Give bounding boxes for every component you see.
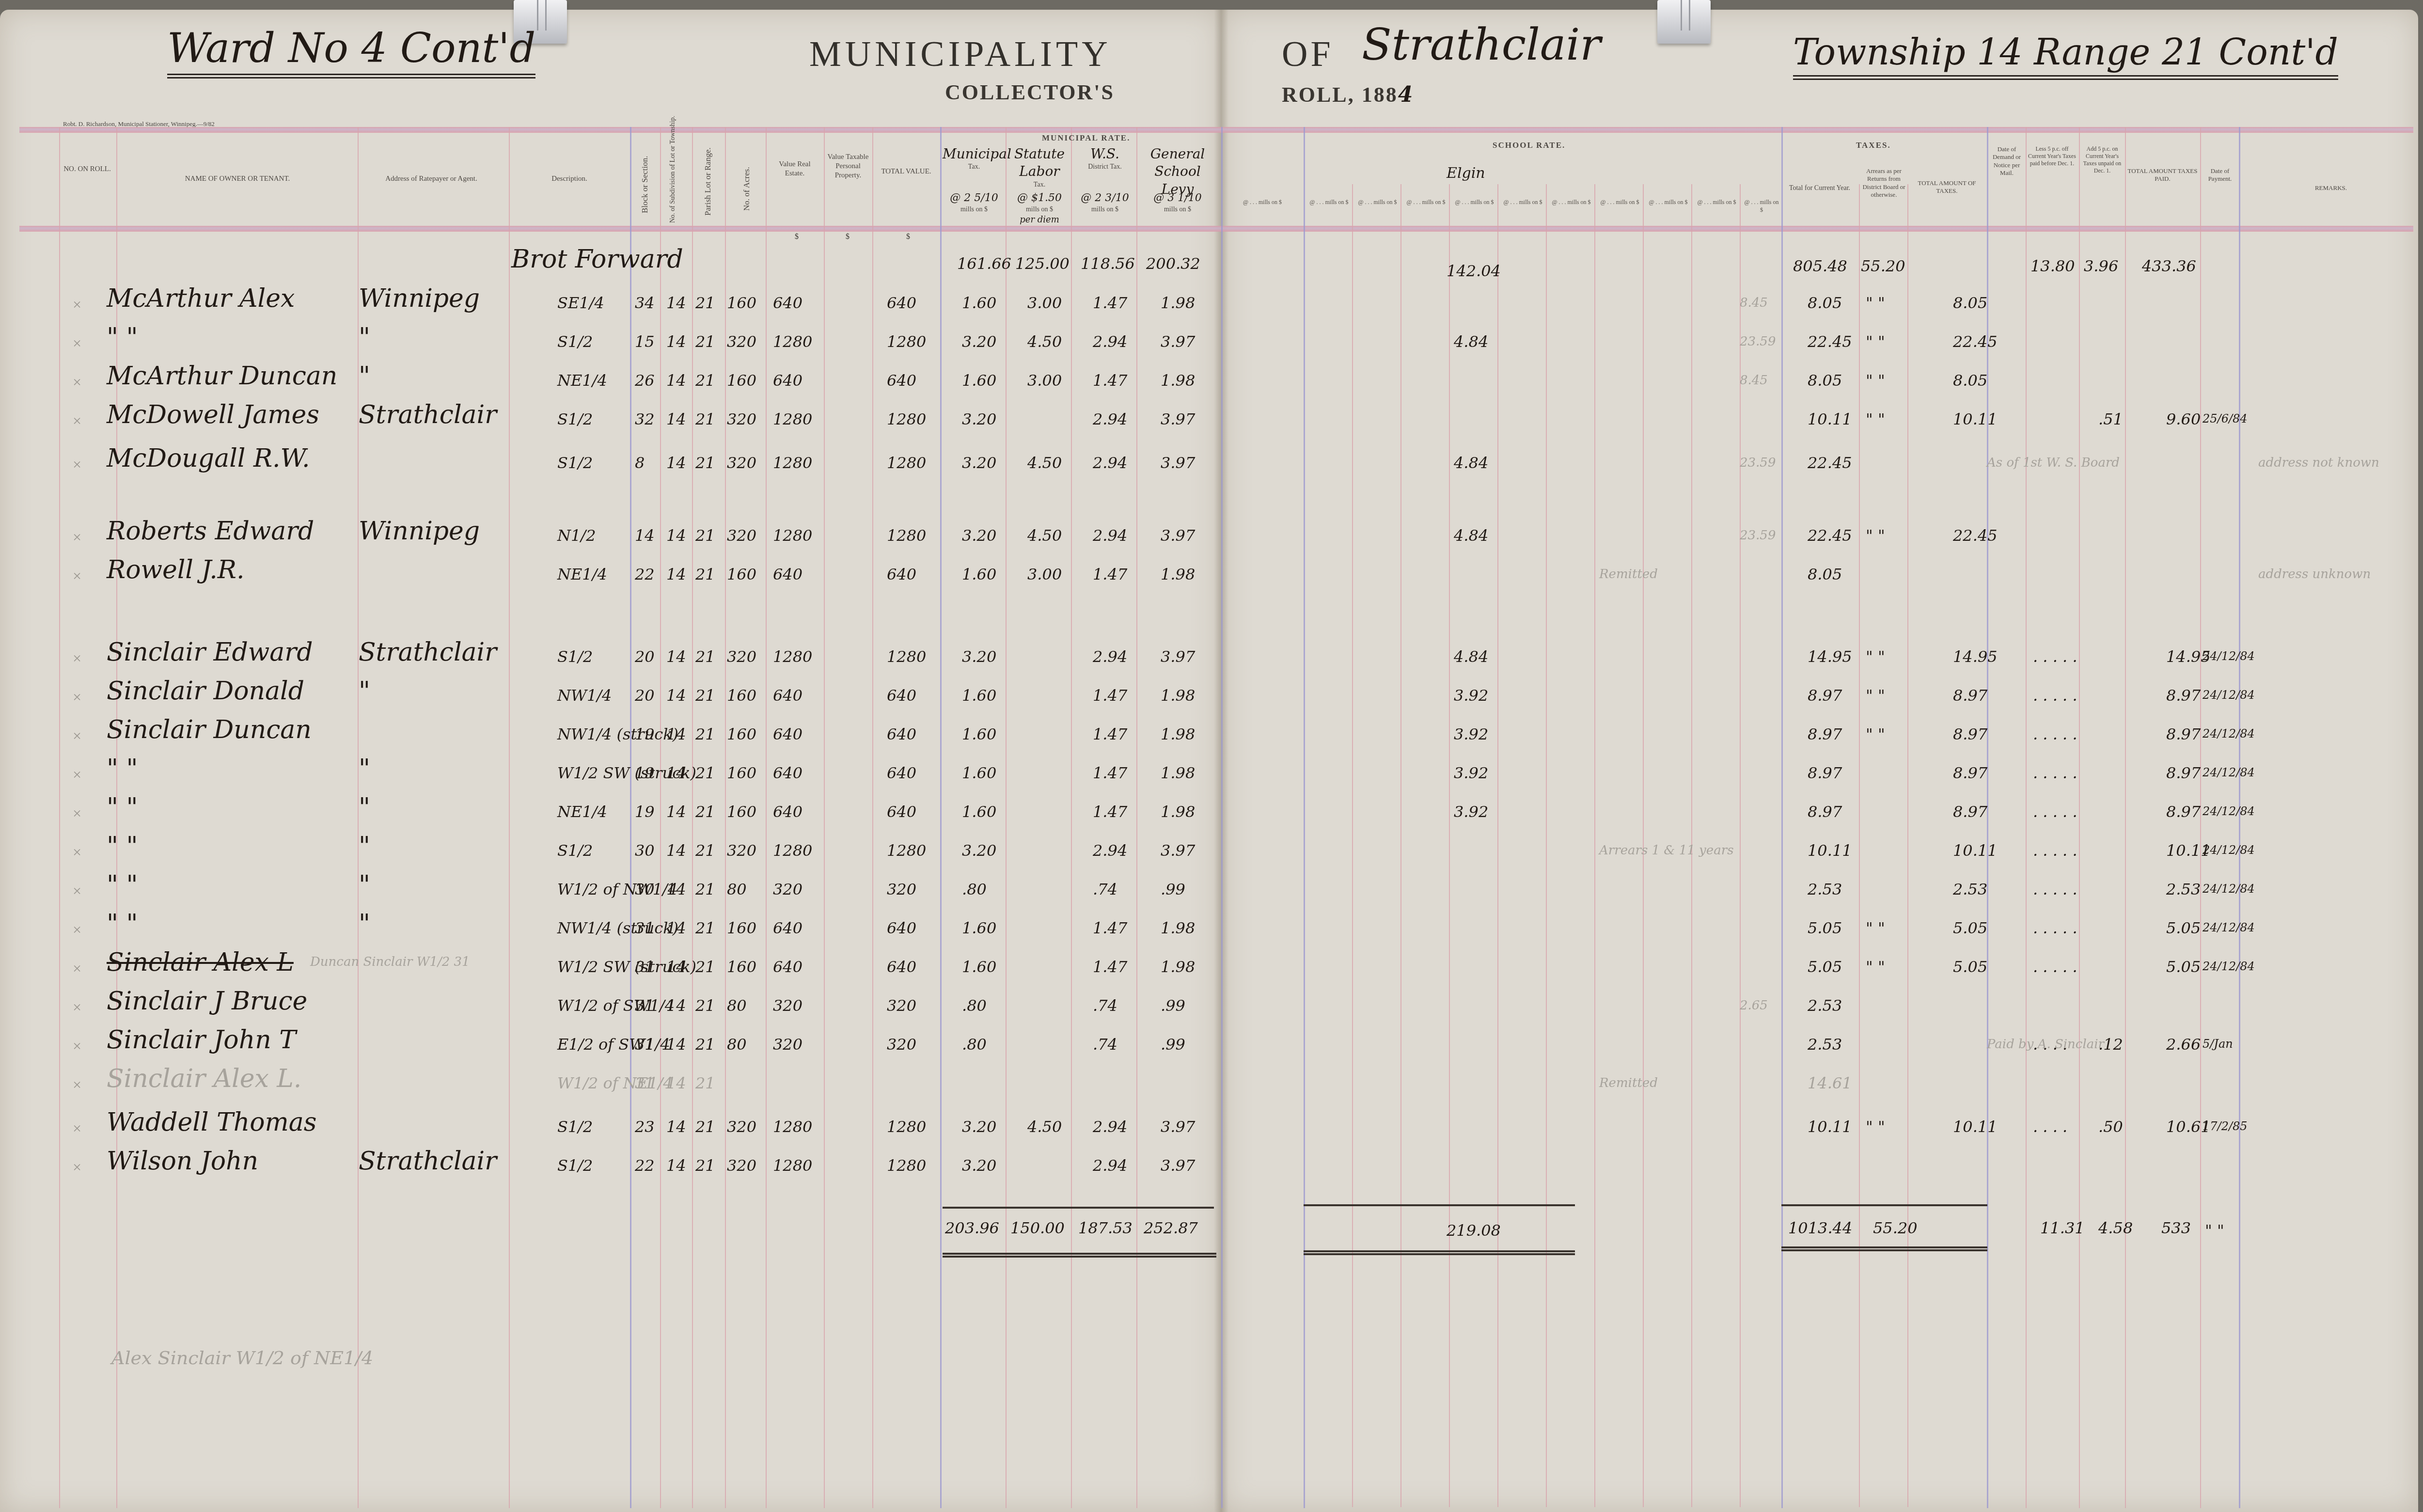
check-mark-icon: × (73, 334, 81, 352)
cell-arrears: " " (1866, 958, 1885, 976)
header-top-rule (19, 127, 2413, 133)
cell-arrears: " " (1866, 526, 1885, 545)
cell-school-levy: 1.98 (1161, 294, 1195, 312)
cell-range: 21 (695, 764, 715, 782)
cell-section: 14 (635, 526, 655, 545)
cell-total-paid: 5.05 (2166, 919, 2201, 937)
cell-address: Strathclair (359, 638, 497, 667)
cell-total-value: 1280 (887, 410, 926, 428)
cell-section: 31 (635, 919, 655, 937)
cell-twp: 14 (666, 725, 686, 743)
cell-district: 2.94 (1093, 454, 1127, 472)
cell-statute: 4.50 (1027, 454, 1062, 472)
cell-section: 31 (635, 1035, 655, 1054)
cell-total-amount: 10.11 (1953, 1118, 1998, 1136)
cell-twp: 14 (666, 1156, 686, 1175)
check-mark-icon: × (73, 373, 81, 391)
cell-total-current: 22.45 (1808, 454, 1852, 472)
cell-remarks: address not known (2258, 456, 2379, 470)
cell-name: " " (107, 870, 138, 899)
cell-total-value: 640 (887, 565, 916, 583)
cell-pencil-note: Paid by A. Sinclair (1987, 1037, 2104, 1052)
rate-col-label: General School Levy (1139, 145, 1216, 198)
cell-range: 21 (695, 526, 715, 545)
cell-total-value: 640 (887, 686, 916, 705)
col-total-amount: Total Amount of Taxes. (1909, 179, 1984, 195)
cell-twp: 14 (666, 410, 686, 428)
cell-school-rate: 3.92 (1454, 725, 1488, 743)
cell-twp: 14 (666, 294, 686, 312)
cell-value-real: 1280 (773, 1156, 812, 1175)
cell-arrears: " " (1866, 410, 1885, 428)
cell-value-real: 640 (773, 294, 802, 312)
cell-district: 1.47 (1093, 294, 1127, 312)
cell-twp: 14 (666, 764, 686, 782)
cell-school-levy: 1.98 (1161, 919, 1195, 937)
cell-total-amount: 8.97 (1953, 686, 1987, 705)
cell-arrears: " " (1866, 686, 1885, 705)
cell-total-paid: 8.97 (2166, 764, 2201, 782)
cell-range: 21 (695, 880, 715, 898)
cell-value-real: 1280 (773, 410, 812, 428)
municipal-rate-group: MUNICIPAL RATE. (1042, 133, 1130, 143)
cell-value-real: 320 (773, 996, 802, 1015)
cell-school-levy: 1.98 (1161, 565, 1195, 583)
cell-desc: S1/2 (557, 332, 593, 351)
check-mark-icon: × (73, 921, 81, 939)
cell-total-current: 8.05 (1808, 294, 1842, 312)
cell-twp: 14 (666, 1074, 686, 1092)
cell-school-levy: .99 (1161, 1035, 1185, 1054)
cell-name: " " (107, 909, 138, 938)
cell-section: 22 (635, 565, 655, 583)
cell-desc: SE1/4 (557, 294, 604, 312)
cell-value-real: 320 (773, 1035, 802, 1054)
cell-mun-tax: 1.60 (962, 958, 996, 976)
col-acres: No. of Acres. (741, 167, 752, 211)
col-subdivision: No. of Subdivision of Lot or Township. (669, 116, 677, 223)
cell-faint-left: 23.59 (1740, 528, 1776, 543)
cell-desc: NW1/4 (struck) (557, 919, 678, 937)
rate-col-label: Municipal (943, 145, 1006, 163)
check-mark-icon: × (73, 766, 81, 784)
cell-school-levy: 3.97 (1161, 841, 1195, 860)
cell-arrears: " " (1866, 919, 1885, 937)
cell-total-current: 8.97 (1808, 686, 1842, 705)
cell-name: Rowell J.R. (107, 555, 245, 584)
check-mark-icon: × (73, 1119, 81, 1137)
cell-value-real: 640 (773, 764, 802, 782)
cell-total-value: 640 (887, 764, 916, 782)
cell-pencil-note: As of 1st W. S. Board (1987, 456, 2120, 470)
cell-total-current: 5.05 (1808, 958, 1842, 976)
cell-date-payment: 24/12/84 (2203, 688, 2255, 702)
cell-section: 19 (635, 725, 655, 743)
cell-section: 30 (635, 880, 655, 898)
cell-total-current: 2.53 (1808, 1035, 1842, 1054)
cell-total-amount: 8.97 (1953, 764, 1987, 782)
cell-mun-tax: 1.60 (962, 725, 996, 743)
cell-desc: S1/2 (557, 647, 593, 666)
cell-school-levy: .99 (1161, 880, 1185, 898)
cell-school-levy: 1.98 (1161, 686, 1195, 705)
cell-arrears: " " (1866, 647, 1885, 666)
cell-name: Roberts Edward (107, 517, 314, 546)
cell-acres: 320 (727, 526, 756, 545)
col-less-5pc: Less 5 p.c. off Current Year's Taxes pai… (2027, 145, 2077, 167)
cell-faint-left: 23.59 (1740, 456, 1776, 470)
cell-school-levy: 3.97 (1161, 410, 1195, 428)
cell-statute: 3.00 (1027, 565, 1062, 583)
cell-total-amount: 8.05 (1953, 294, 1987, 312)
cell-range: 21 (695, 958, 715, 976)
cell-acres: 160 (727, 294, 756, 312)
cell-name: Sinclair J Bruce (107, 987, 307, 1016)
cell-faint-left: 8.45 (1740, 373, 1768, 388)
cell-total-amount: 22.45 (1953, 526, 1998, 545)
cell-date-payment: 24/12/84 (2203, 649, 2255, 663)
cell-section: 20 (635, 647, 655, 666)
cell-acres: 320 (727, 1118, 756, 1136)
cell-address: " (359, 832, 370, 861)
check-mark-icon: × (73, 727, 81, 745)
cell-mun-tax: 3.20 (962, 841, 996, 860)
cell-mun-tax: 1.60 (962, 919, 996, 937)
cell-address: " (359, 793, 370, 822)
cell-total-amount: 5.05 (1953, 958, 1987, 976)
col-arrears: Arrears as per Returns from District Boa… (1861, 167, 1907, 199)
cell-statute: 4.50 (1027, 332, 1062, 351)
cell-school-note: Remitted (1599, 1076, 1658, 1090)
cell-total-amount: 22.45 (1953, 332, 1998, 351)
cell-value-real: 640 (773, 565, 802, 583)
cell-school-levy: 3.97 (1161, 1118, 1195, 1136)
check-mark-icon: × (73, 1158, 81, 1176)
cell-address: " (359, 870, 370, 899)
cell-acres: 160 (727, 919, 756, 937)
cell-twp: 14 (666, 841, 686, 860)
cell-name: " " (107, 754, 138, 783)
cell-range: 21 (695, 332, 715, 351)
cell-arrears: " " (1866, 332, 1885, 351)
col-value-real-estate: Value Real Estate. (771, 160, 819, 178)
cell-statute: 4.50 (1027, 1118, 1062, 1136)
cell-school-rate: 4.84 (1454, 647, 1488, 666)
cell-school-rate: 4.84 (1454, 332, 1488, 351)
cell-total-amount: 8.97 (1953, 725, 1987, 743)
cell-school-levy: 1.98 (1161, 958, 1195, 976)
cell-value-real: 320 (773, 880, 802, 898)
cell-value-real: 640 (773, 371, 802, 390)
cell-twp: 14 (666, 880, 686, 898)
cell-district: 1.47 (1093, 371, 1127, 390)
cell-acres: 160 (727, 725, 756, 743)
cell-statute: 4.50 (1027, 526, 1062, 545)
check-mark-icon: × (73, 456, 81, 473)
cell-acres: 160 (727, 686, 756, 705)
totals-rule (943, 1207, 1214, 1209)
cell-acres: 320 (727, 841, 756, 860)
cell-total-current: 10.11 (1808, 841, 1852, 860)
cell-total-paid: 2.53 (2166, 880, 2201, 898)
cell-district: 2.94 (1093, 332, 1127, 351)
cell-value-real: 640 (773, 725, 802, 743)
check-mark-icon: × (73, 412, 81, 430)
cell-range: 21 (695, 996, 715, 1015)
cell-total-current: 10.11 (1808, 1118, 1852, 1136)
check-mark-icon: × (73, 528, 81, 546)
cell-less-add: . . . . . (2033, 958, 2077, 976)
cell-section: 32 (635, 410, 655, 428)
cell-section: 8 (635, 454, 645, 472)
cell-school-levy: 1.98 (1161, 371, 1195, 390)
cell-total-current: 8.05 (1808, 565, 1842, 583)
cell-value-real: 640 (773, 686, 802, 705)
col-address: Address of Ratepayer or Agent. (359, 174, 504, 184)
cell-total-current: 5.05 (1808, 919, 1842, 937)
cell-value-real: 1280 (773, 647, 812, 666)
cell-total-value: 1280 (887, 1156, 926, 1175)
cell-mun-tax: 1.60 (962, 803, 996, 821)
cell-district: .74 (1093, 880, 1117, 898)
cell-total-value: 1280 (887, 454, 926, 472)
cell-section: 20 (635, 686, 655, 705)
cell-twp: 14 (666, 454, 686, 472)
cell-range: 21 (695, 565, 715, 583)
cell-remarks: address unknown (2258, 567, 2371, 582)
cell-total-amount: 2.53 (1953, 880, 1987, 898)
cell-total-current: 22.45 (1808, 526, 1852, 545)
check-mark-icon: × (73, 567, 81, 585)
cell-faint-left: 2.65 (1740, 998, 1768, 1013)
cell-district: 1.47 (1093, 803, 1127, 821)
cell-statute: 3.00 (1027, 294, 1062, 312)
cell-total-amount: 8.97 (1953, 803, 1987, 821)
cell-range: 21 (695, 803, 715, 821)
cell-arrears: " " (1866, 294, 1885, 312)
binder-clip-icon (1657, 0, 1711, 44)
cell-district: 2.94 (1093, 410, 1127, 428)
cell-twp: 14 (666, 1118, 686, 1136)
cell-total-current: 8.05 (1808, 371, 1842, 390)
cell-range: 21 (695, 454, 715, 472)
cell-district: 1.47 (1093, 565, 1127, 583)
cell-desc: S1/2 (557, 454, 593, 472)
cell-mun-tax: .80 (962, 996, 987, 1015)
cell-total-amount: 14.95 (1953, 647, 1998, 666)
cell-total-value: 1280 (887, 647, 926, 666)
cell-desc: NW1/4 (struck) (557, 725, 678, 743)
cell-address: " (359, 362, 370, 391)
cell-name: " " (107, 793, 138, 822)
mills-cell: @ . . . mills on $ (1226, 199, 1299, 206)
cell-district: 2.94 (1093, 1156, 1127, 1175)
cell-name: Sinclair John T (107, 1025, 296, 1055)
col-description: Description. (514, 174, 625, 184)
cell-school-levy: 3.97 (1161, 1156, 1195, 1175)
cell-desc: S1/2 (557, 410, 593, 428)
cell-school-note: Remitted (1599, 567, 1658, 582)
cell-acres: 160 (727, 565, 756, 583)
cell-total-value: 640 (887, 725, 916, 743)
cell-desc: S1/2 (557, 841, 593, 860)
cell-total-value: 640 (887, 803, 916, 821)
check-mark-icon: × (73, 843, 81, 861)
cell-total-paid: 8.97 (2166, 725, 2201, 743)
cell-total-value: 320 (887, 996, 916, 1015)
cell-acres: 80 (727, 1035, 747, 1054)
cell-district: 1.47 (1093, 919, 1127, 937)
cell-total-value: 640 (887, 371, 916, 390)
cell-less-add: . . . . . (2033, 919, 2077, 937)
taxes-group: TAXES. (1856, 141, 1891, 150)
col-add-5pc: Add 5 p.c. on Current Year's Taxes unpai… (2080, 145, 2124, 174)
cell-total-amount: 10.11 (1953, 410, 1998, 428)
check-mark-icon: × (73, 649, 81, 667)
cell-date-payment: 24/12/84 (2203, 921, 2255, 934)
cell-acres: 320 (727, 1156, 756, 1175)
cell-section: 15 (635, 332, 655, 351)
cell-acres: 160 (727, 958, 756, 976)
cell-mun-tax: 3.20 (962, 410, 996, 428)
cell-school-rate: 3.92 (1454, 764, 1488, 782)
cell-section: 19 (635, 803, 655, 821)
cell-total-value: 640 (887, 958, 916, 976)
cell-range: 21 (695, 410, 715, 428)
cell-total-current: 8.97 (1808, 725, 1842, 743)
cell-twp: 14 (666, 332, 686, 351)
cell-faint-left: 8.45 (1740, 296, 1768, 310)
cell-date-payment: 5/Jan (2203, 1037, 2233, 1051)
cell-name: " " (107, 832, 138, 861)
cell-twp: 14 (666, 371, 686, 390)
cell-desc: W1/2 of NE1/4 (557, 1074, 673, 1092)
cell-date-payment: 17/2/85 (2203, 1119, 2248, 1133)
cell-name: Sinclair Donald (107, 677, 304, 706)
cell-school-rate: 3.92 (1454, 686, 1488, 705)
cell-twp: 14 (666, 565, 686, 583)
cell-school-levy: 1.98 (1161, 725, 1195, 743)
cell-value-real: 640 (773, 919, 802, 937)
township-title: Township 14 Range 21 Cont'd (1793, 31, 2338, 80)
cell-value-real: 1280 (773, 332, 812, 351)
cell-less-add: . . . . . (2033, 764, 2077, 782)
cell-range: 21 (695, 1156, 715, 1175)
cell-district: 1.47 (1093, 686, 1127, 705)
cell-school-note: Arrears 1 & 11 years (1599, 843, 1733, 858)
cell-desc: NE1/4 (557, 565, 607, 583)
cell-section: 34 (635, 294, 655, 312)
col-date-payment: Date of Payment. (2203, 167, 2237, 183)
cell-range: 21 (695, 371, 715, 390)
cell-section: 31 (635, 1074, 655, 1092)
cell-total-current: 14.95 (1808, 647, 1852, 666)
school-rate-group: SCHOOL RATE. (1493, 141, 1565, 150)
cell-date-payment: 24/12/84 (2203, 843, 2255, 857)
cell-name: Sinclair Edward (107, 638, 313, 667)
cell-name: Sinclair Duncan (107, 715, 312, 744)
cell-total-current: 22.45 (1808, 332, 1852, 351)
check-mark-icon: × (73, 1037, 81, 1055)
check-mark-icon: × (73, 804, 81, 822)
collectors-label: COLLECTOR'S (945, 80, 1115, 105)
cell-section: 31 (635, 958, 655, 976)
cell-range: 21 (695, 686, 715, 705)
cell-total-amount: 10.11 (1953, 841, 1998, 860)
cell-section: 26 (635, 371, 655, 390)
cell-total-amount: 5.05 (1953, 919, 1987, 937)
cell-desc: S1/2 (557, 1118, 593, 1136)
municipality-label: MUNICIPALITY (809, 34, 1112, 75)
cell-desc: W1/2 of SW1/4 (557, 996, 675, 1015)
cell-range: 21 (695, 1035, 715, 1054)
cell-value-real: 1280 (773, 1118, 812, 1136)
cell-school-levy: 3.97 (1161, 332, 1195, 351)
col-total-current: Total for Current Year. (1783, 184, 1856, 193)
cell-desc: N1/2 (557, 526, 596, 545)
cell-total-value: 640 (887, 294, 916, 312)
cell-less-add: . . . . . (2033, 686, 2077, 705)
cell-school-levy: 3.97 (1161, 647, 1195, 666)
cell-add-5pc: .51 (2098, 410, 2123, 428)
cell-section: 22 (635, 1156, 655, 1175)
cell-name: " " (107, 323, 138, 352)
cell-desc: NE1/4 (557, 371, 607, 390)
cell-name: McDowell James (107, 400, 319, 429)
cell-less-add: . . . . . (2033, 880, 2077, 898)
cell-range: 21 (695, 841, 715, 860)
cell-total-current: 2.53 (1808, 996, 1842, 1015)
col-no-on-roll: No. on Roll. (63, 165, 111, 174)
cell-district: .74 (1093, 1035, 1117, 1054)
cell-range: 21 (695, 647, 715, 666)
cell-twp: 14 (666, 803, 686, 821)
cell-acres: 160 (727, 764, 756, 782)
cell-twp: 14 (666, 647, 686, 666)
cell-mun-tax: 1.60 (962, 565, 996, 583)
cell-value-real: 1280 (773, 841, 812, 860)
cell-twp: 14 (666, 996, 686, 1015)
cell-mun-tax: 3.20 (962, 647, 996, 666)
cell-total-paid: 8.97 (2166, 686, 2201, 705)
totals-double-rule (943, 1253, 1216, 1258)
cell-address: Winnipeg (359, 517, 480, 546)
cell-arrears: " " (1866, 371, 1885, 390)
cell-district: 1.47 (1093, 764, 1127, 782)
col-total-paid: Total Amount Taxes Paid. (2127, 167, 2198, 183)
cell-total-value: 1280 (887, 332, 926, 351)
cell-twp: 14 (666, 526, 686, 545)
cell-total-value: 1280 (887, 526, 926, 545)
cell-mun-tax: 3.20 (962, 1118, 996, 1136)
cell-school-levy: 1.98 (1161, 764, 1195, 782)
cell-total-current: 10.11 (1808, 410, 1852, 428)
cell-mun-tax: 3.20 (962, 526, 996, 545)
cell-district: 1.47 (1093, 958, 1127, 976)
cell-district: 1.47 (1093, 725, 1127, 743)
cell-twp: 14 (666, 919, 686, 937)
cell-total-paid: 5.05 (2166, 958, 2201, 976)
col-remarks: Remarks. (2249, 184, 2413, 192)
cell-school-rate: 4.84 (1454, 454, 1488, 472)
cell-value-real: 640 (773, 958, 802, 976)
rate-col-label: W.S. (1073, 145, 1136, 163)
cell-value-real: 640 (773, 803, 802, 821)
cell-total-current: 8.97 (1808, 803, 1842, 821)
cell-name: Sinclair Alex L. (107, 1064, 301, 1093)
cell-address-pencil: Duncan Sinclair W1/2 31 (310, 955, 470, 969)
ward-title: Ward No 4 Cont'd (167, 24, 535, 79)
